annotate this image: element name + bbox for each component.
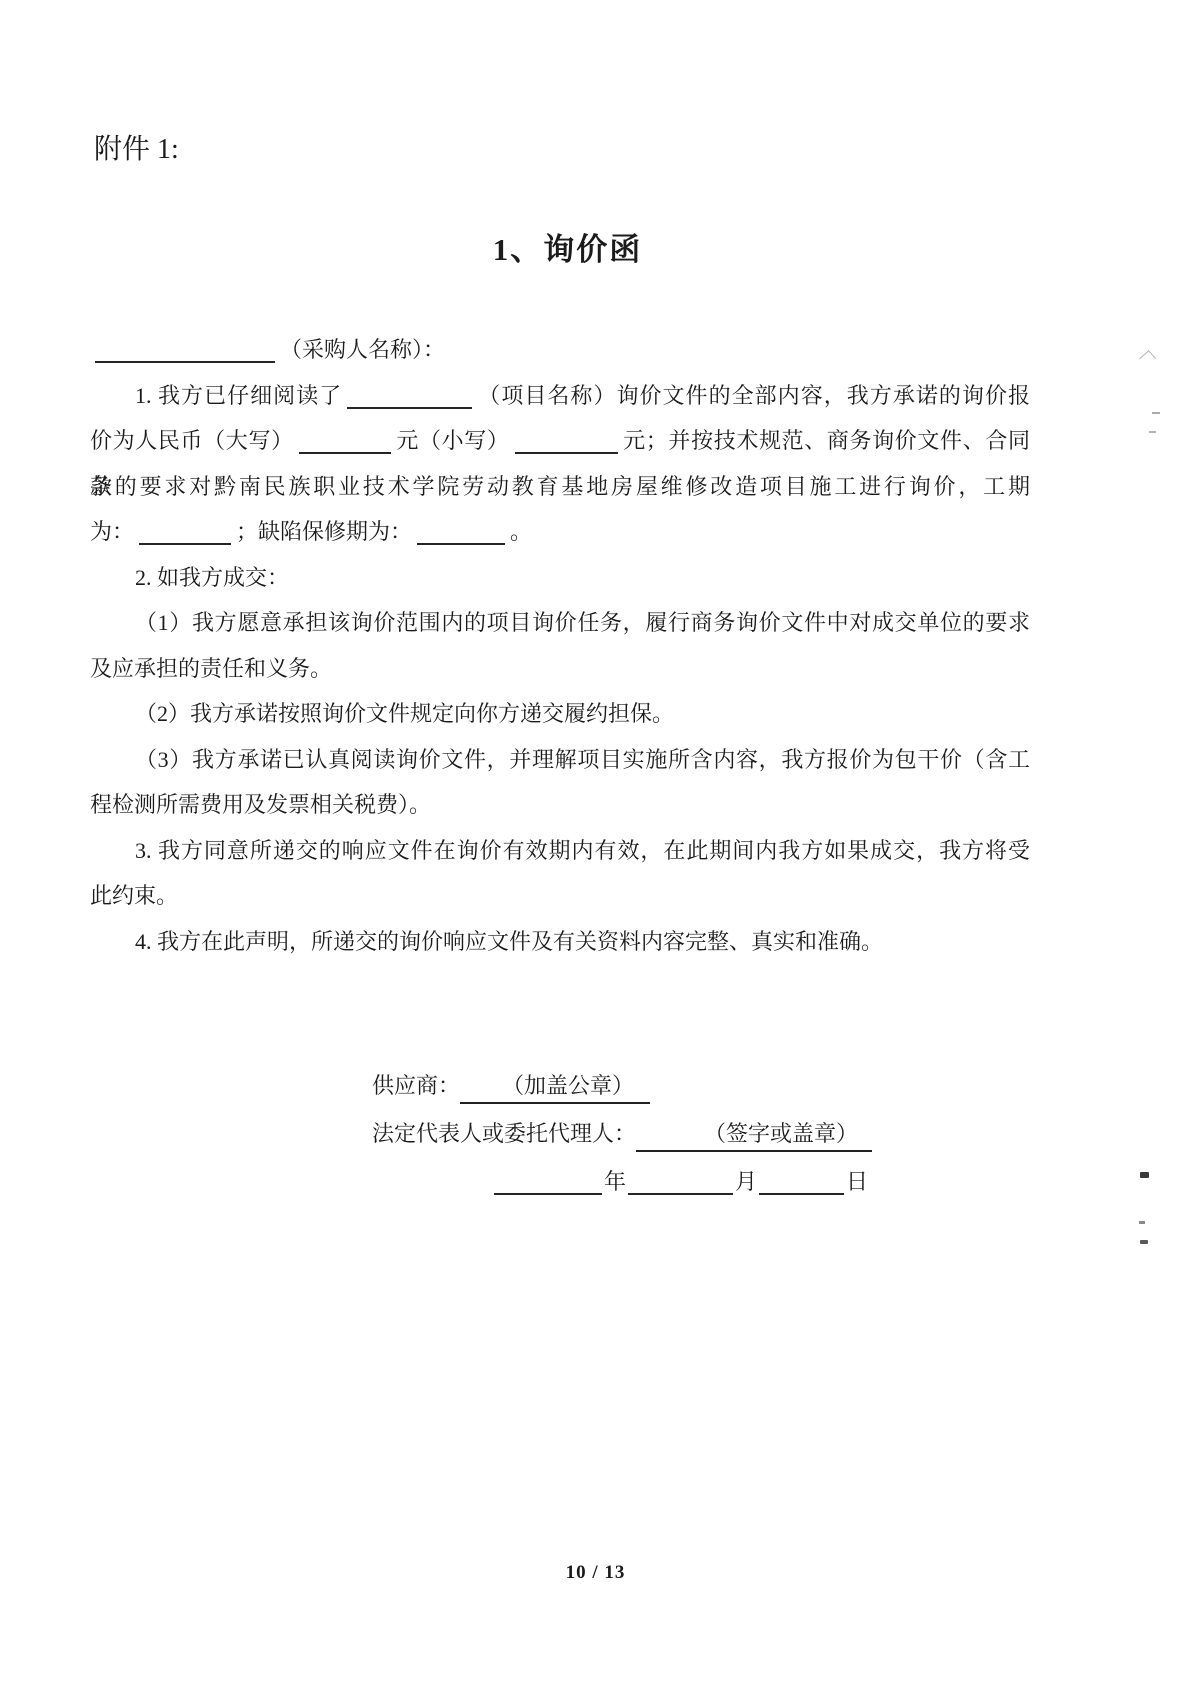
fill-in-blank [417,527,505,545]
page-title: 1、询价函 [0,224,1135,269]
text-run: 及应承担的责任和义务。 [90,656,332,681]
date-year-blank [494,1177,602,1195]
body-line-item2-3-line1: （3）我方承诺已认真阅读询价文件，并理解项目实施所含内容，我方报价为包干价（含工 [90,737,1030,783]
signature-date-row: 年月日 [372,1158,872,1206]
text-run: 价为人民币（大写） [90,428,294,453]
representative-sign-blank: （签字或盖章） [636,1121,872,1152]
body-line-item2-2: （2）我方承诺按照询价文件规定向你方递交履约担保。 [90,691,1030,737]
body-line-item3-line2: 此约束。 [90,873,1030,919]
date-month-blank [628,1177,733,1195]
fill-in-blank [95,345,275,363]
body-line-item1-line2: 价为人民币（大写）元（小写）元；并按技术规范、商务询价文件、合同条 [90,418,1030,464]
representative-label: 法定代表人或委托代理人： [372,1121,636,1146]
body-line-item1-line4: 为：；缺陷保修期为：。 [90,509,1030,555]
text-run: （项目名称）询价文件的全部内容，我方承诺的询价报 [477,383,1030,408]
text-run: 1. 我方已仔细阅读了 [135,383,342,408]
supplier-stamp-blank: （加盖公章） [460,1073,650,1104]
scan-artifact-dash [1149,431,1156,433]
representative-sign-note: （签字或盖章） [704,1121,858,1146]
text-run: （1）我方愿意承担该询价范围内的项目询价任务，履行商务询价文件中对成交单位的要求 [135,610,1030,635]
year-label: 年 [604,1169,626,1194]
page-number: 10 / 13 [0,1562,1191,1584]
text-run: 2. 如我方成交： [135,565,289,590]
document-body: （采购人名称）：1. 我方已仔细阅读了（项目名称）询价文件的全部内容，我方承诺的… [90,327,1030,964]
text-run: 为： [90,519,134,544]
month-label: 月 [735,1169,757,1194]
text-run: 程检测所需费用及发票相关税费）。 [90,792,431,817]
text-run: 3. 我方同意所递交的响应文件在询价有效期内有效，在此期间内我方如果成交，我方将… [135,838,1030,863]
fill-in-blank [515,436,618,454]
fill-in-blank [299,436,391,454]
date-day-blank [759,1177,844,1195]
body-line-item2-1-line1: （1）我方愿意承担该询价范围内的项目询价任务，履行商务询价文件中对成交单位的要求 [90,600,1030,646]
body-line-item2-1-line2: 及应承担的责任和义务。 [90,646,1030,692]
text-run: （3）我方承诺已认真阅读询价文件，并理解项目实施所含内容，我方报价为包干价（含工 [135,747,1030,772]
body-line-item1-line3: 款的要求对黔南民族职业技术学院劳动教育基地房屋维修改造项目施工进行询价，工期 [90,464,1030,510]
text-run: 。 [510,519,532,544]
scan-artifact-speck [1140,1172,1149,1178]
text-run: ；缺陷保修期为： [236,519,412,544]
body-line-item4: 4. 我方在此声明，所递交的询价响应文件及有关资料内容完整、真实和准确。 [90,919,1030,965]
scan-artifact-speck [1139,1221,1145,1224]
signature-supplier-row: 供应商：（加盖公章） [372,1062,872,1110]
text-run: 款的要求对黔南民族职业技术学院劳动教育基地房屋维修改造项目施工进行询价，工期 [90,474,1030,499]
scan-artifact-dash [1152,412,1160,414]
fill-in-blank [347,391,472,409]
document-page: 附件 1: 1、询价函 （采购人名称）：1. 我方已仔细阅读了（项目名称）询价文… [0,0,1191,1685]
text-run: 此约束。 [90,883,178,908]
body-line-item2-3-line2: 程检测所需费用及发票相关税费）。 [90,782,1030,828]
fill-in-blank [139,527,231,545]
body-line-item2: 2. 如我方成交： [90,555,1030,601]
text-run: 4. 我方在此声明，所递交的询价响应文件及有关资料内容完整、真实和准确。 [135,929,883,954]
scan-artifact-speck [1140,1240,1148,1244]
text-run: 元（小写） [396,428,510,453]
scan-artifact-caret [1139,350,1156,367]
attachment-label: 附件 1: [94,130,179,170]
text-run: （2）我方承诺按照询价文件规定向你方递交履约担保。 [135,701,674,726]
signature-representative-row: 法定代表人或委托代理人：（签字或盖章） [372,1110,872,1158]
signature-block: 供应商：（加盖公章） 法定代表人或委托代理人：（签字或盖章） 年月日 [372,1062,872,1206]
supplier-stamp-note: （加盖公章） [502,1073,634,1098]
body-line-item3-line1: 3. 我方同意所递交的响应文件在询价有效期内有效，在此期间内我方如果成交，我方将… [90,828,1030,874]
supplier-label: 供应商： [372,1073,460,1098]
body-line-addressee: （采购人名称）： [90,327,1030,373]
text-run: （采购人名称）： [280,337,445,362]
day-label: 日 [846,1169,868,1194]
body-line-item1-line1: 1. 我方已仔细阅读了（项目名称）询价文件的全部内容，我方承诺的询价报 [90,373,1030,419]
